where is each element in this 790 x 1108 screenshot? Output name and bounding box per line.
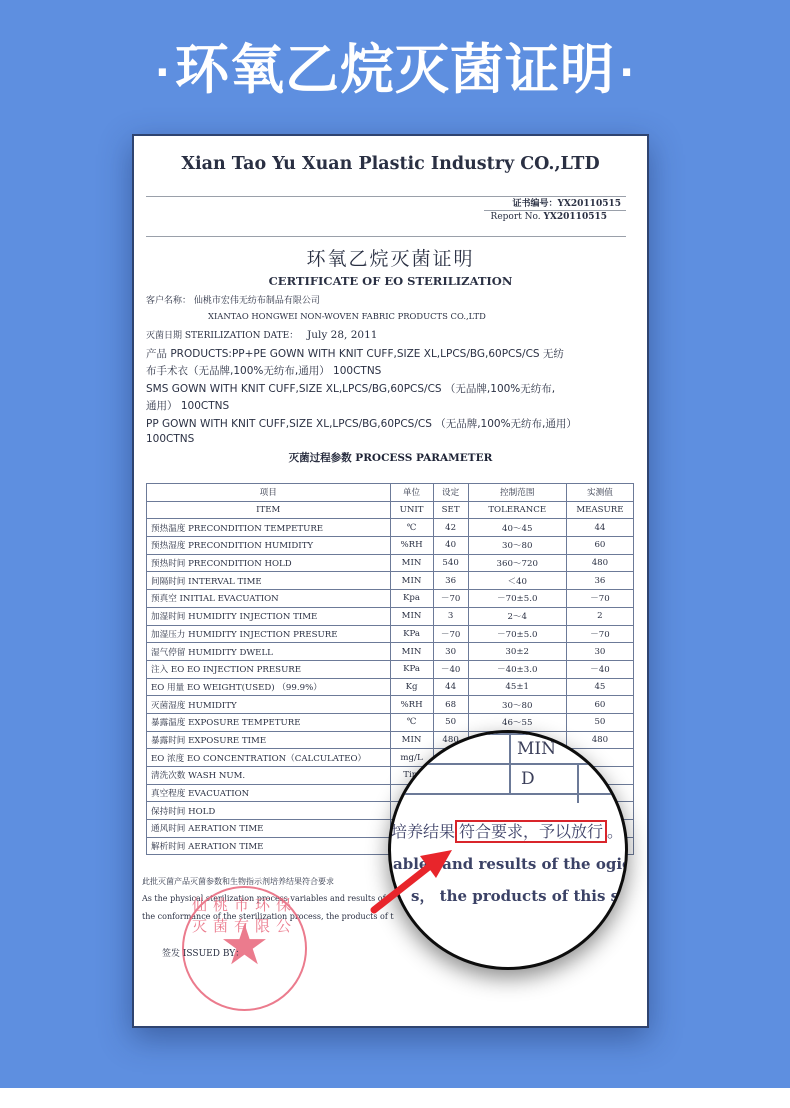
magnified-en-line: ables and results of the ogical ind: [393, 855, 628, 873]
table-cell: 注入 EO EO INJECTION PRESURE: [147, 660, 391, 678]
table-line: [577, 763, 579, 803]
table-cell: %RH: [390, 537, 433, 555]
table-header-row: ITEMUNITSETTOLERANCEMEASURE: [147, 501, 634, 519]
table-cell: MIN: [390, 554, 433, 572]
table-cell: 实测值: [566, 484, 633, 502]
document-title-cn: 环氧乙烷灭菌证明: [134, 244, 647, 271]
table-cell: －70: [433, 625, 468, 643]
table-cell: 单位: [390, 484, 433, 502]
table-cell: －40: [433, 660, 468, 678]
table-cell: 36: [433, 572, 468, 590]
table-cell: 30: [566, 643, 633, 661]
table-cell: ℃: [390, 519, 433, 537]
report-number: Report No. YX20110515: [491, 212, 607, 222]
products-line: 100CTNS: [146, 433, 194, 445]
table-row: 预真空 INITIAL EVACUATIONKpa－70－70±5.0－70: [147, 590, 634, 608]
table-cell: －70±5.0: [468, 590, 566, 608]
table-cell: 解析时间 AERATION TIME: [147, 837, 391, 855]
table-cell: 湿气停留 HUMIDITY DWELL: [147, 643, 391, 661]
products-line: SMS GOWN WITH KNIT CUFF,SIZE XL,LPCS/BG,…: [146, 381, 555, 396]
date-label: 灭菌日期 STERILIZATION DATE：: [146, 331, 298, 341]
table-cell: 3: [433, 607, 468, 625]
customer-label: 客户名称：: [146, 296, 191, 306]
table-cell: EO 浓度 EO CONCENTRATION（CALCULATEO）: [147, 749, 391, 767]
table-cell: MEASURE: [566, 501, 633, 519]
table-cell: 42: [433, 519, 468, 537]
table-cell: 暴露时间 EXPOSURE TIME: [147, 731, 391, 749]
table-cell: 60: [566, 537, 633, 555]
table-cell: 暴露温度 EXPOSURE TEMPETURE: [147, 713, 391, 731]
table-cell: 68: [433, 696, 468, 714]
table-cell: －70±5.0: [468, 625, 566, 643]
table-row: 暴露温度 EXPOSURE TEMPETURE℃5046～5550: [147, 713, 634, 731]
table-cell: 45: [566, 678, 633, 696]
table-line: [391, 763, 625, 765]
table-cell: 60: [566, 696, 633, 714]
table-cell: ＜40: [468, 572, 566, 590]
table-row: 湿气停留 HUMIDITY DWELLMIN3030±230: [147, 643, 634, 661]
products-line: 布手术衣（无品牌,100%无纺布,通用） 100CTNS: [146, 363, 381, 378]
table-cell: %RH: [390, 696, 433, 714]
table-cell: 360～720: [468, 554, 566, 572]
table-cell: TOLERANCE: [468, 501, 566, 519]
document-title-en: CERTIFICATE OF EO STERILIZATION: [134, 274, 647, 288]
table-cell: 预热时间 PRECONDITION HOLD: [147, 554, 391, 572]
table-cell: 预热湿度 PRECONDITION HUMIDITY: [147, 537, 391, 555]
products-line: 产品 PRODUCTS:PP+PE GOWN WITH KNIT CUFF,SI…: [146, 346, 564, 361]
table-row: 预热湿度 PRECONDITION HUMIDITY%RH4030～8060: [147, 537, 634, 555]
magnified-text: 培养结果: [391, 822, 455, 841]
table-cell: －40±3.0: [468, 660, 566, 678]
table-row: 预热温度 PRECONDITION TEMPETURE℃4240～4544: [147, 519, 634, 537]
table-cell: 50: [566, 713, 633, 731]
table-cell: 间隔时间 INTERVAL TIME: [147, 572, 391, 590]
table-cell: 灭菌湿度 HUMIDITY: [147, 696, 391, 714]
table-row: 灭菌湿度 HUMIDITY%RH6830～8060: [147, 696, 634, 714]
table-cell: 真空程度 EVACUATION: [147, 784, 391, 802]
divider: [484, 210, 626, 211]
table-line: [391, 733, 625, 735]
magnified-en-line: s， the products of this steriliza: [411, 885, 628, 906]
issued-by: 签发 ISSUED BY：: [162, 946, 244, 959]
table-cell: SET: [433, 501, 468, 519]
table-cell: 项目: [147, 484, 391, 502]
magnified-cell-min: MIN: [517, 739, 556, 759]
table-cell: MIN: [390, 643, 433, 661]
sterilization-date: July 28, 2011: [307, 329, 377, 341]
table-cell: Kg: [390, 678, 433, 696]
table-cell: 50: [433, 713, 468, 731]
table-row: 间隔时间 INTERVAL TIMEMIN36＜4036: [147, 572, 634, 590]
products-line: 通用） 100CTNS: [146, 398, 229, 413]
magnifier-callout: MIN D 培养结果符合要求，予以放行。 ables and results o…: [388, 730, 628, 970]
customer-name-cn: 仙桃市宏伟无纺布制品有限公司: [194, 296, 320, 306]
table-cell: 通风时间 AERATION TIME: [147, 820, 391, 838]
table-cell: －70: [566, 625, 633, 643]
table-cell: 44: [433, 678, 468, 696]
banner-title: ·环氧乙烷灭菌证明·: [0, 28, 790, 115]
report-number-label: Report No.: [491, 212, 541, 222]
table-cell: 2～4: [468, 607, 566, 625]
banner-title-text: 环氧乙烷灭菌证明: [175, 38, 615, 101]
divider: [146, 236, 626, 237]
table-row: 注入 EO EO INJECTION PRESUREKPa－40－40±3.0－…: [147, 660, 634, 678]
table-cell: 480: [566, 554, 633, 572]
table-cell: KPa: [390, 660, 433, 678]
table-line: [391, 793, 625, 795]
table-cell: MIN: [390, 607, 433, 625]
table-cell: 36: [566, 572, 633, 590]
magnified-text: 。: [607, 822, 623, 841]
table-cell: 30～80: [468, 537, 566, 555]
table-cell: 30～80: [468, 696, 566, 714]
table-cell: UNIT: [390, 501, 433, 519]
table-cell: Kpa: [390, 590, 433, 608]
table-cell: －40: [566, 660, 633, 678]
products-line: PP GOWN WITH KNIT CUFF,SIZE XL,LPCS/BG,6…: [146, 416, 577, 431]
table-row: 加湿压力 HUMIDITY INJECTION PRESUREKPa－70－70…: [147, 625, 634, 643]
table-cell: 2: [566, 607, 633, 625]
sterilization-date-line: 灭菌日期 STERILIZATION DATE： July 28, 2011: [146, 328, 377, 341]
table-cell: ITEM: [147, 501, 391, 519]
process-parameter-title: 灭菌过程参数 PROCESS PARAMETER: [134, 450, 647, 465]
table-cell: －70: [566, 590, 633, 608]
magnified-conclusion-cn: 培养结果符合要求，予以放行。: [391, 819, 623, 842]
bullet-dot-right: ·: [619, 50, 635, 96]
table-cell: 540: [433, 554, 468, 572]
table-cell: 加湿时间 HUMIDITY INJECTION TIME: [147, 607, 391, 625]
report-number-value: YX20110515: [543, 212, 607, 222]
company-name: Xian Tao Yu Xuan Plastic Industry CO.,LT…: [134, 154, 647, 174]
table-cell: 46～55: [468, 713, 566, 731]
customer-line: 客户名称： 仙桃市宏伟无纺布制品有限公司: [146, 293, 320, 306]
table-cell: 40～45: [468, 519, 566, 537]
table-cell: 30±2: [468, 643, 566, 661]
table-cell: －70: [433, 590, 468, 608]
certificate-number-cn: 证书编号：YX20110515: [512, 196, 621, 209]
table-cell: 30: [433, 643, 468, 661]
table-row: 加湿时间 HUMIDITY INJECTION TIMEMIN32～42: [147, 607, 634, 625]
table-row: EO 用量 EO WEIGHT(USED) （99.9%）Kg4445±145: [147, 678, 634, 696]
table-cell: KPa: [390, 625, 433, 643]
bullet-dot-left: ·: [155, 50, 171, 96]
table-cell: ℃: [390, 713, 433, 731]
table-cell: 控制范围: [468, 484, 566, 502]
table-cell: 45±1: [468, 678, 566, 696]
customer-name-en: XIANTAO HONGWEI NON-WOVEN FABRIC PRODUCT…: [208, 311, 486, 321]
table-cell: 预真空 INITIAL EVACUATION: [147, 590, 391, 608]
table-cell: 设定: [433, 484, 468, 502]
table-cell: MIN: [390, 572, 433, 590]
table-cell: 44: [566, 519, 633, 537]
table-row: 预热时间 PRECONDITION HOLDMIN540360～720480: [147, 554, 634, 572]
table-cell: 保持时间 HOLD: [147, 802, 391, 820]
table-cell: 40: [433, 537, 468, 555]
table-cell: 清洗次数 WASH NUM.: [147, 767, 391, 785]
highlighted-text: 符合要求，予以放行: [455, 820, 607, 843]
table-cell: EO 用量 EO WEIGHT(USED) （99.9%）: [147, 678, 391, 696]
table-header-row: 项目单位设定控制范围实测值: [147, 484, 634, 502]
magnified-cell-d: D: [521, 769, 535, 789]
table-cell: 预热温度 PRECONDITION TEMPETURE: [147, 519, 391, 537]
table-cell: 加湿压力 HUMIDITY INJECTION PRESURE: [147, 625, 391, 643]
